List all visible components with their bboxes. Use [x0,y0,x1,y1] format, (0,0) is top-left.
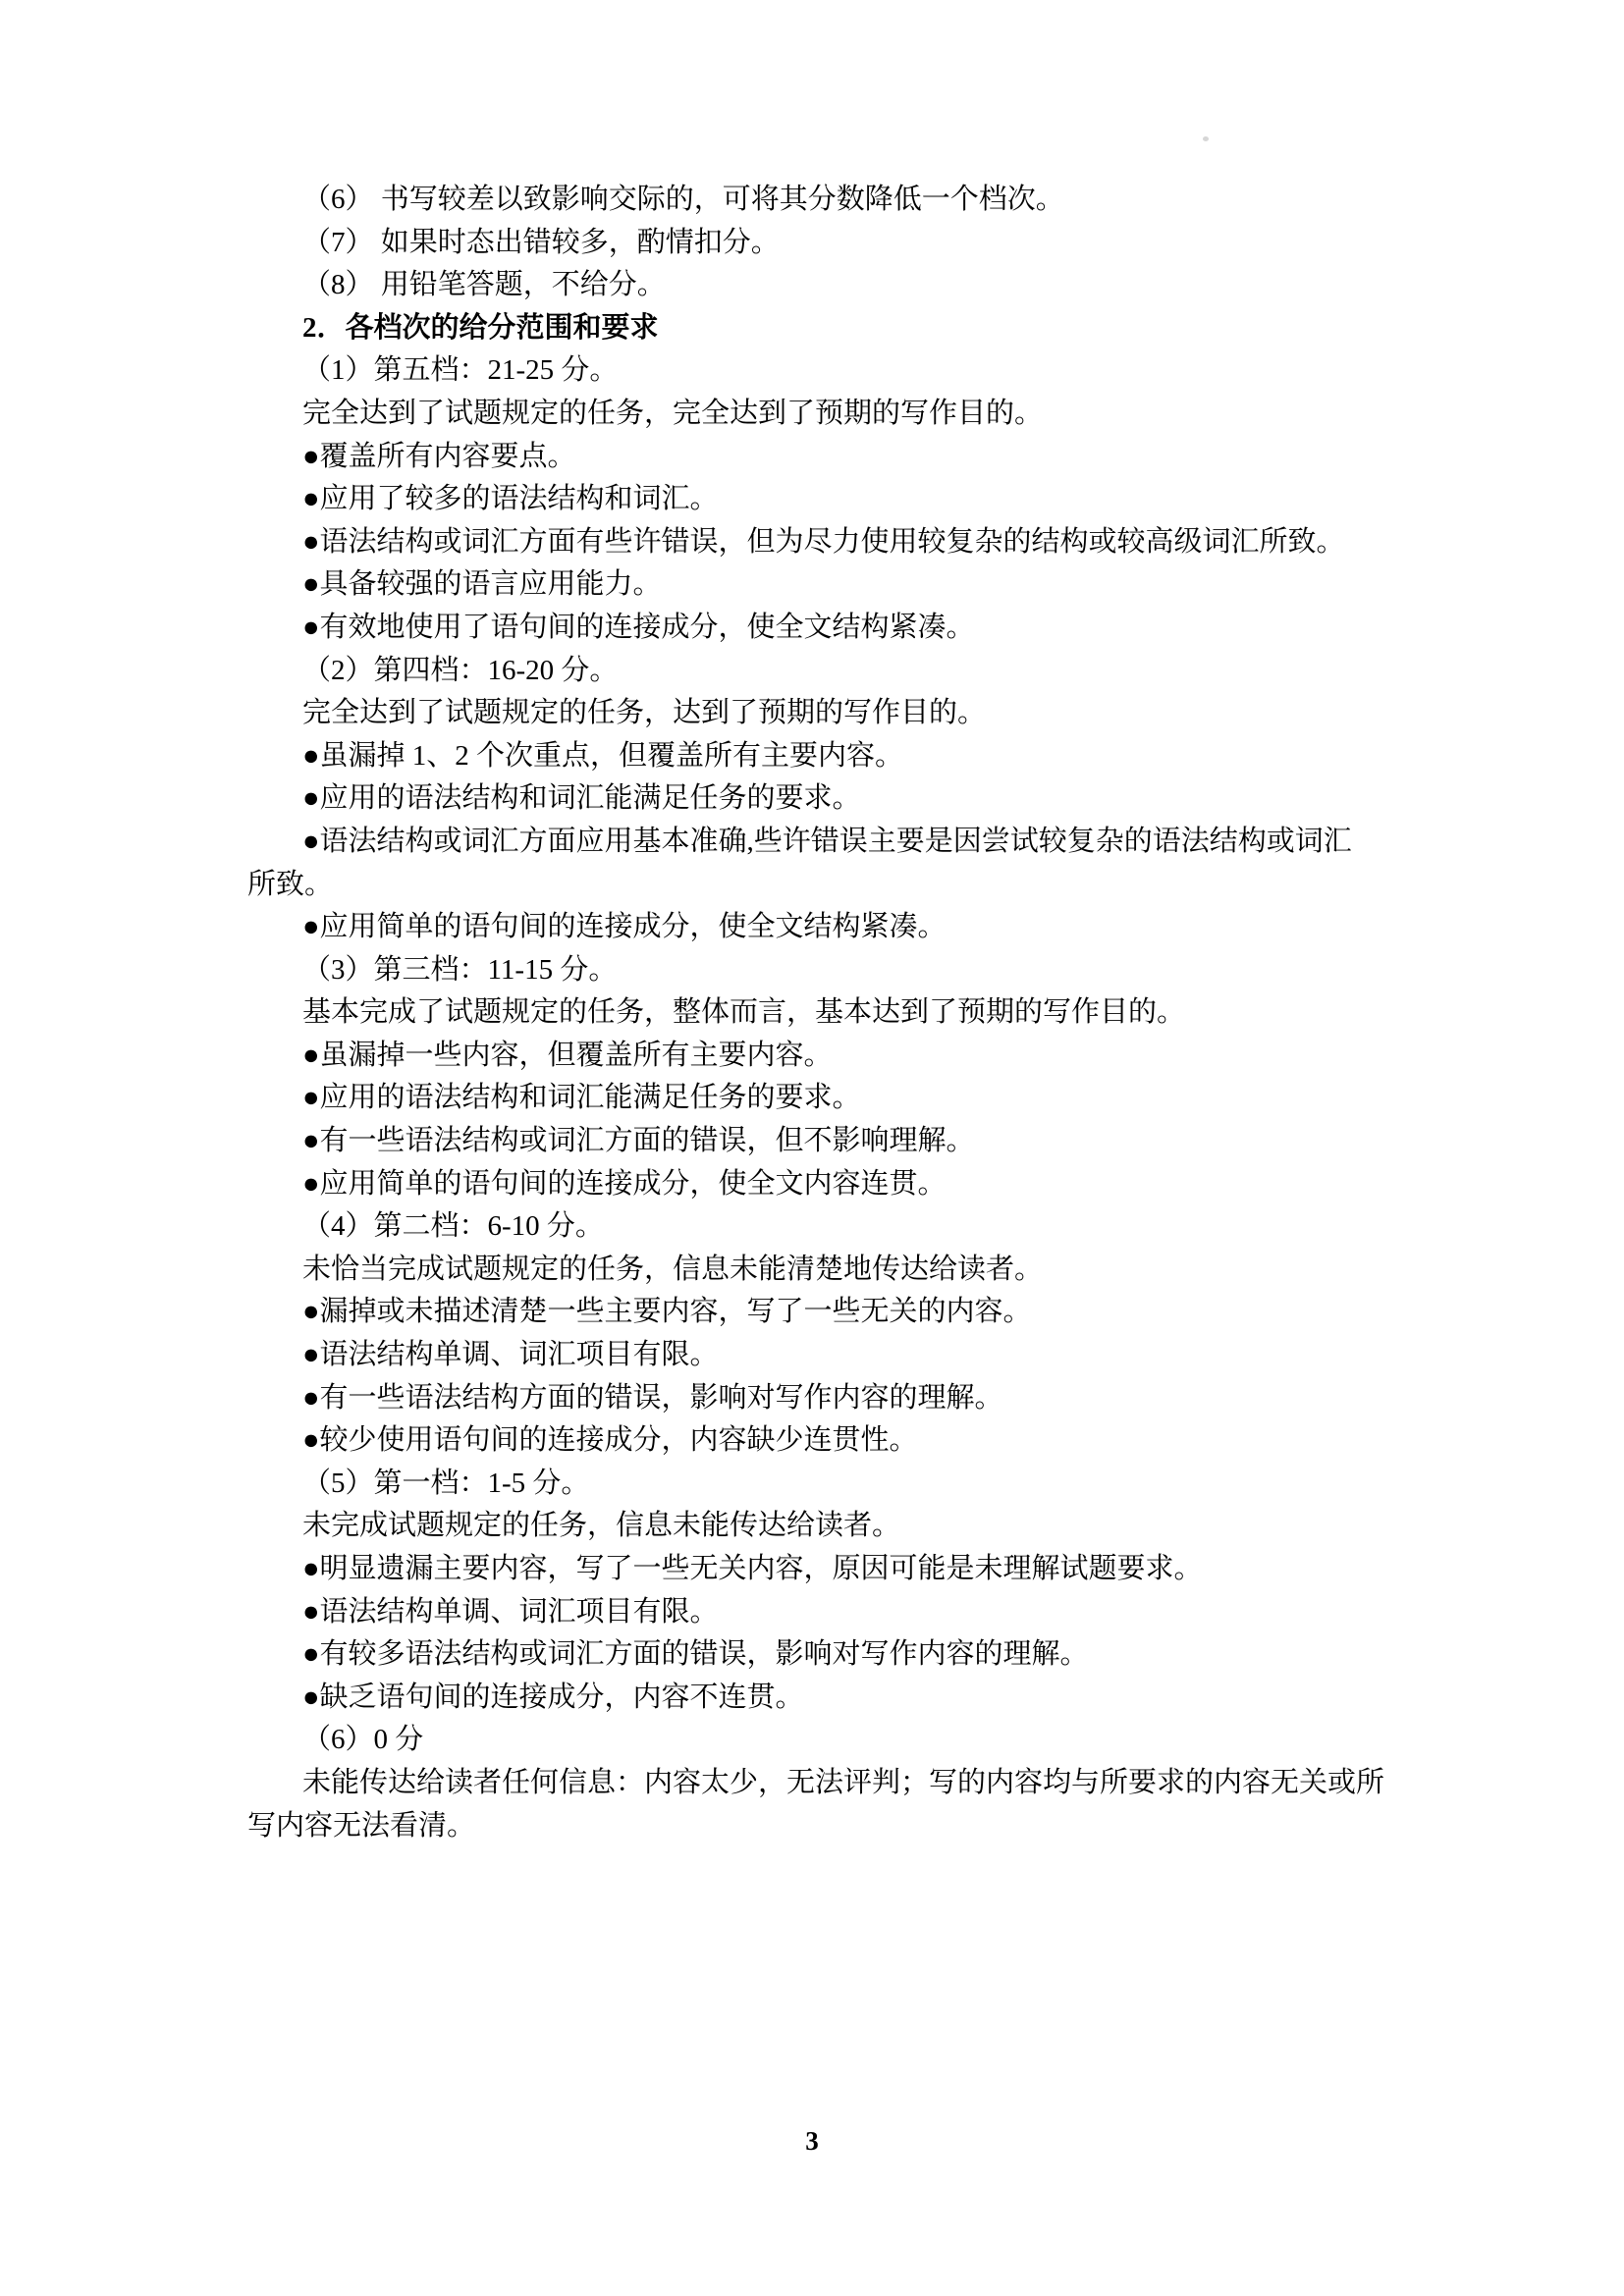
page-number: 3 [0,2126,1624,2157]
text-line: （5）第一档：1-5 分。 [247,1463,1406,1506]
bullet-text-line: ●应用了较多的语法结构和词汇。 [247,478,1406,521]
bullet-text-line: ●具备较强的语言应用能力。 [247,563,1406,607]
bullet-text-line: ●有较多语法结构或词汇方面的错误，影响对写作内容的理解。 [247,1633,1406,1677]
bullet-text-line: ●语法结构单调、词汇项目有限。 [247,1334,1406,1377]
document-page: （6） 书写较差以致影响交际的，可将其分数降低一个档次。（7） 如果时态出错较多… [0,0,1624,2296]
text-line: （8） 用铅笔答题，不给分。 [247,264,1406,307]
bullet-text-line: ●应用的语法结构和词汇能满足任务的要求。 [247,777,1406,821]
bullet-text-line: ●有效地使用了语句间的连接成分，使全文结构紧凑。 [247,607,1406,650]
bullet-text-line: ●有一些语法结构或词汇方面的错误，但不影响理解。 [247,1120,1406,1163]
text-line: 未恰当完成试题规定的任务，信息未能清楚地传达给读者。 [247,1249,1406,1292]
bullet-text-line: ●语法结构或词汇方面有些许错误，但为尽力使用较复杂的结构或较高级词汇所致。 [247,521,1406,564]
document-text-block: （6） 书写较差以致影响交际的，可将其分数降低一个档次。（7） 如果时态出错较多… [247,179,1406,1847]
bullet-text-line: ●语法结构单调、词汇项目有限。 [247,1591,1406,1634]
text-line: （6） 书写较差以致影响交际的，可将其分数降低一个档次。 [247,179,1406,222]
bullet-text-line: ●应用简单的语句间的连接成分，使全文结构紧凑。 [247,906,1406,949]
text-line: 完全达到了试题规定的任务，达到了预期的写作目的。 [247,692,1406,735]
bullet-text-line: ●应用简单的语句间的连接成分，使全文内容连贯。 [247,1163,1406,1206]
scan-artifact-dot [1203,136,1209,141]
text-line: 基本完成了试题规定的任务，整体而言，基本达到了预期的写作目的。 [247,991,1406,1035]
bullet-text-line: ●缺乏语句间的连接成分，内容不连贯。 [247,1677,1406,1720]
bullet-text-line: ●漏掉或未描述清楚一些主要内容，写了一些无关的内容。 [247,1291,1406,1334]
bullet-text-line: ●应用的语法结构和词汇能满足任务的要求。 [247,1077,1406,1120]
bullet-text-line: ●覆盖所有内容要点。 [247,436,1406,479]
text-line: 未完成试题规定的任务，信息未能传达给读者。 [247,1505,1406,1548]
bullet-text-line: ●有一些语法结构方面的错误，影响对写作内容的理解。 [247,1377,1406,1420]
text-line: 写内容无法看清。 [247,1805,1406,1848]
text-line: （2）第四档：16-20 分。 [247,650,1406,693]
bullet-text-line: ●语法结构或词汇方面应用基本准确,些许错误主要是因尝试较复杂的语法结构或词汇 [247,821,1406,864]
bullet-text-line: ●较少使用语句间的连接成分，内容缺少连贯性。 [247,1419,1406,1463]
text-line: （7） 如果时态出错较多，酌情扣分。 [247,222,1406,265]
bullet-text-line: ●明显遗漏主要内容，写了一些无关内容，原因可能是未理解试题要求。 [247,1548,1406,1591]
text-line: （3）第三档：11-15 分。 [247,949,1406,992]
text-line: 未能传达给读者任何信息：内容太少，无法评判；写的内容均与所要求的内容无关或所 [247,1762,1406,1805]
text-line: （6）0 分 [247,1719,1406,1762]
text-line: （4）第二档：6-10 分。 [247,1205,1406,1249]
text-line: 2．各档次的给分范围和要求 [247,307,1406,350]
text-line: 完全达到了试题规定的任务，完全达到了预期的写作目的。 [247,393,1406,436]
bullet-text-line: ●虽漏掉一些内容，但覆盖所有主要内容。 [247,1035,1406,1078]
bullet-text-line: ●虽漏掉 1、2 个次重点，但覆盖所有主要内容。 [247,735,1406,778]
text-line: 所致。 [247,864,1406,907]
text-line: （1）第五档：21-25 分。 [247,349,1406,393]
